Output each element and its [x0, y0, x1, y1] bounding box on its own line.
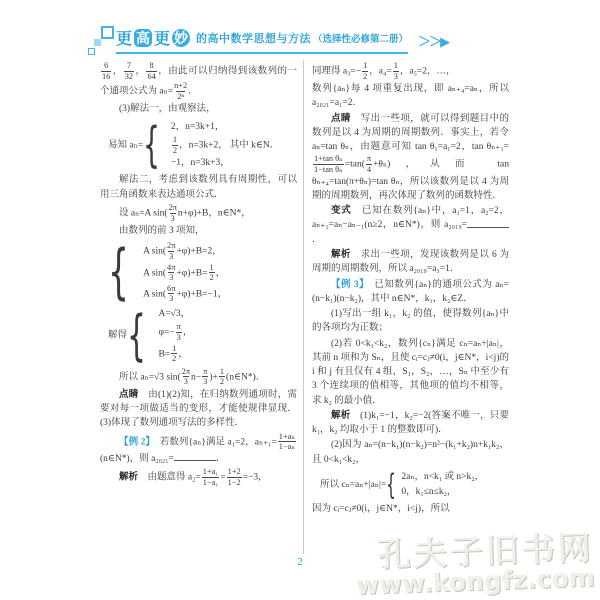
left-brace-icon: {	[143, 122, 160, 168]
paragraph: (2)若 0<k₁<k₂，数列{cₙ}满足 cₙ=aₙ+|aₙ|，其前 n 项和…	[312, 337, 509, 408]
text-run: 2，n=3k+1，	[171, 122, 224, 132]
fraction: 732	[124, 61, 134, 81]
bold-label: 解析	[331, 250, 351, 260]
text-run: 解得	[108, 331, 127, 341]
paragraph: 同理得 a₃=−12，a₄=13，a₅=2，…，	[312, 61, 509, 81]
fraction: 2π3	[169, 203, 177, 223]
fraction: n+22ⁿ	[174, 81, 187, 101]
text-run: )+	[209, 372, 218, 382]
book-subtitle: 的高中数学思想与方法	[196, 30, 311, 46]
puzzle-square-icon	[88, 48, 95, 55]
fraction: 2π3	[182, 367, 190, 387]
left-brace-icon: {	[386, 471, 396, 498]
paragraph: 解析 (1)k₁=−1，k₂=−2(答案不唯一，只要 k₁，k₂ 均取小于 1 …	[312, 409, 509, 438]
fraction: π3	[202, 367, 208, 387]
book-volume: （选择性必修第二册）	[313, 31, 408, 45]
case-row: 0，k₁≤n≤k₂，	[401, 485, 484, 499]
paragraph: 所以 aₙ=√3 sin(2π3n−π3)+12(n∈N*)．	[100, 367, 297, 387]
text-run: n+φ)+B，n∈N*，	[178, 208, 251, 218]
example-label: 【例 2】	[119, 437, 150, 447]
case-row: A sin(6π3+φ)+B=−1，	[143, 284, 227, 304]
left-brace-icon: {	[127, 310, 146, 361]
text-run: (2)若 0<k₁<k₂，数列{cₙ}满足 cₙ=aₙ+|aₙ|，其前 n 项和…	[312, 339, 509, 406]
text-run: (2)因为 aₙ=(n−k₁)(n−k₂)=n²−(k₁+k₂)n+k₁k₂，且…	[312, 440, 509, 464]
fraction: 12	[209, 263, 215, 283]
fraction: π3	[176, 322, 182, 342]
case-row: A=√3，	[158, 307, 192, 321]
fraction: 1+a₁1−a₁	[202, 467, 220, 487]
text-run: =−3，	[243, 473, 268, 483]
text-run: ，	[135, 66, 145, 76]
brace-cases: {A=√3，φ=−π3，B=12，	[127, 307, 192, 364]
fraction: 1+aₙ1−aₙ	[278, 432, 296, 452]
fraction: 616	[101, 61, 111, 81]
paragraph: (3)解法一，由观察法，	[100, 102, 297, 116]
logo-char-2-box: 高	[134, 29, 152, 47]
brace-cases: {2aₙ，n<k₁ 或 n>k₂，0，k₁≤n≤k₂，	[386, 470, 484, 500]
text-run: =tan(	[345, 160, 365, 170]
triangle-arrow-icon: ▶	[440, 34, 450, 49]
text-run: ，a₅=2，…，	[400, 66, 456, 76]
paragraph: 616，732，864，由此可以归纳得到该数列的一个通项公式为 aₙ=n+22ⁿ…	[100, 61, 297, 101]
fraction: 1+tan θₙ1−tan θₙ	[313, 154, 344, 174]
header-arrows-icon: ＞＞▶	[418, 31, 450, 54]
paragraph: (1)写出一组 k₁，k₂ 的值，使得数列{aₙ}中的各项均为正数；	[312, 307, 509, 336]
brace-cases: {2，n=3k+1，12，n=3k+2，−1，n=3k+3，	[143, 120, 230, 171]
fraction: 12	[362, 61, 368, 81]
logo-char-1: 更	[116, 26, 132, 49]
text-run: 数列{aₙ}每 4 项重复出现，即 aₙ₊₄=aₙ，所以 a₂₀₂₁=a₁=2．	[312, 84, 509, 108]
text-run: n−	[191, 372, 201, 382]
paragraph: 因为 cᵢ=cⱼ≠0(i，j∈N*，i<j)，所以	[312, 502, 509, 516]
logo-char-3: 更	[154, 26, 170, 49]
chevron-icon: ＞	[429, 34, 440, 49]
fraction: 12	[172, 135, 178, 155]
puzzle-square-icon	[94, 39, 101, 46]
page-header: 更 高 更 妙 的高中数学思想与方法 （选择性必修第二册） ＞＞▶	[90, 20, 510, 54]
fraction: 1+21−2	[227, 467, 242, 487]
text-run: φ=−	[158, 328, 174, 338]
case-row: 2，n=3k+1，	[171, 120, 230, 134]
text-run: +φ)+B=	[176, 268, 207, 278]
text-run: 因为 cᵢ=cⱼ≠0(i，j∈N*，i<j)，所以	[312, 504, 450, 514]
paragraph: 点睛 写出一些项，就可以得到题目中的数列是以 4 为周期的周期数列．事实上，若令…	[312, 112, 509, 203]
fraction: 4π3	[167, 263, 175, 283]
example-label: 【例 3】	[331, 280, 364, 290]
fraction: 13	[393, 61, 399, 81]
text-run: 其中 k∈N．	[230, 140, 280, 150]
page-number: 2	[0, 556, 600, 568]
left-text-column: 616，732，864，由此可以归纳得到该数列的一个通项公式为 aₙ=n+22ⁿ…	[100, 60, 297, 488]
text-run: −1，n=3k+3，	[171, 158, 230, 168]
text-run: 0，k₁≤n≤k₂，	[401, 487, 456, 497]
case-row: A sin(4π3+φ)+B=12，	[143, 263, 227, 283]
fraction: 2π3	[167, 241, 175, 261]
text-run: ．	[188, 87, 198, 97]
paragraph: 所以 cₙ=aₙ+|aₙ|={2aₙ，n<k₁ 或 n>k₂，0，k₁≤n≤k₂…	[320, 470, 509, 500]
answer-blank	[174, 452, 216, 461]
brace-cases: {A sin(2π3+φ)+B=2，A sin(4π3+φ)+B=12，A si…	[108, 241, 227, 304]
text-run: 同理得 a₃=−	[312, 66, 361, 76]
text-run: A sin(	[143, 289, 166, 299]
bold-label: 变式	[331, 206, 352, 216]
paragraph: 变式 已知在数列{aₙ}中，a₁=1，a₂=2，aₙ₊₁=aₙ−aₙ₋₁(n≥2…	[312, 204, 509, 247]
text-run: ．	[312, 235, 322, 245]
text-run: A sin(	[143, 268, 166, 278]
left-brace-icon: {	[108, 244, 129, 301]
paragraph: 解析 求出一些项，发现该数列是以 6 为周期的周期数列，所以 a₂₀₁₉=a₃=…	[312, 248, 509, 277]
bold-label: 点睛	[119, 390, 138, 400]
text-run: ，a₄=	[369, 66, 391, 76]
fraction: π4	[366, 154, 372, 174]
case-row: B=12，	[158, 344, 192, 364]
paragraph: (2)因为 aₙ=(n−k₁)(n−k₂)=n²−(k₁+k₂)n+k₁k₂，且…	[312, 438, 509, 467]
paragraph: 由数列的前 3 项知，	[100, 224, 297, 238]
paragraph: {A sin(2π3+φ)+B=2，A sin(4π3+φ)+B=12，A si…	[108, 241, 297, 304]
text-run: ，	[216, 268, 226, 278]
text-run: +φ)+B=2，	[176, 247, 221, 257]
text-run: (n∈N*)．	[226, 372, 265, 382]
puzzle-square-icon	[101, 26, 114, 39]
text-run: (1)写出一组 k₁，k₂ 的值，使得数列{aₙ}中的各项均为正数；	[312, 309, 509, 333]
text-run: 解法二，考虑到该数列具有周期性，可以用三角函数来表达通项公式．	[100, 175, 297, 199]
bold-label: 点睛	[331, 114, 351, 124]
text-run: ，	[183, 328, 193, 338]
text-run: 设 aₙ=A sin(	[119, 208, 168, 218]
text-run: ，	[112, 66, 122, 76]
case-row: φ=−π3，	[158, 322, 192, 342]
column-divider	[303, 60, 304, 554]
text-run: ，n=3k+2，	[179, 140, 228, 150]
case-row: 12，n=3k+2，	[171, 135, 230, 155]
bold-label: 解析	[119, 473, 138, 483]
watermark-url: www.kongfz.com	[355, 563, 595, 600]
case-row: A sin(2π3+φ)+B=2，	[143, 241, 227, 261]
right-text-column: 同理得 a₃=−12，a₄=13，a₅=2，…，数列{aₙ}每 4 项重复出现，…	[312, 60, 509, 518]
text-run: ，	[178, 349, 188, 359]
text-run: =	[220, 473, 225, 483]
text-run: (n∈N*)，则 a₂₀₂₁=	[100, 454, 174, 464]
bold-label: 解析	[331, 411, 350, 421]
text-run: 所以 aₙ=√3 sin(	[119, 372, 181, 382]
logo-puzzle-icon	[90, 24, 116, 54]
paragraph: 解法二，考虑到该数列具有周期性，可以用三角函数来表达通项公式．	[100, 173, 297, 202]
text-run: +φ)+B=−1，	[176, 289, 227, 299]
paragraph: 点睛 由(1)(2)知，在归纳数列通项时，需要对每一项做适当的变形，才能使规律显…	[100, 388, 297, 431]
fraction: 12	[171, 344, 177, 364]
text-run: A=√3，	[158, 309, 190, 319]
paragraph: 【例 2】 若数列{aₙ}满足 a₁=2，aₙ₊₁=1+aₙ1−aₙ(n∈N*)…	[100, 432, 297, 467]
paragraph: 解析 由题意得 a₂=1+a₁1−a₁=1+21−2=−3，	[100, 467, 297, 487]
watermark-site-name: 孔夫子旧书网	[354, 522, 594, 577]
text-run: 由题意得 a₂=	[138, 473, 201, 483]
text-run: B=	[158, 349, 170, 359]
text-run: A sin(	[143, 247, 166, 257]
text-run: (3)解法一，由观察法，	[119, 104, 216, 114]
header-title-group: 更 高 更 妙 的高中数学思想与方法 （选择性必修第二册）	[116, 26, 408, 54]
chevron-icon: ＞	[418, 34, 429, 49]
text-run: 易知 aₙ=	[108, 140, 143, 150]
paragraph: 【例 3】 已知数列{aₙ}的通项公式为 aₙ=(n−k₁)(n−k₂)，其中 …	[312, 278, 509, 307]
paragraph: 设 aₙ=A sin(2π3n+φ)+B，n∈N*，	[100, 203, 297, 223]
answer-blank	[467, 218, 509, 227]
case-row: −1，n=3k+3，	[171, 156, 230, 170]
text-run: ．	[216, 454, 226, 464]
text-run: 2aₙ，n<k₁ 或 n>k₂，	[401, 472, 484, 482]
text-run: 由数列的前 3 项知，	[119, 226, 205, 236]
text-run: 所以 cₙ=aₙ+|aₙ|=	[320, 480, 386, 490]
text-run: 若数列{aₙ}满足 a₁=2，aₙ₊₁=	[150, 437, 277, 447]
paragraph: 解得{A=√3，φ=−π3，B=12，	[108, 307, 297, 364]
case-row: 2aₙ，n<k₁ 或 n>k₂，	[401, 470, 484, 484]
fraction: 12	[219, 367, 225, 387]
fraction: 864	[146, 61, 156, 81]
logo-char-4-box: 妙	[172, 29, 190, 47]
paragraph: 数列{aₙ}每 4 项重复出现，即 aₙ₊₄=aₙ，所以 a₂₀₂₁=a₁=2．	[312, 82, 509, 111]
fraction: 6π3	[167, 284, 175, 304]
book-page: 更 高 更 妙 的高中数学思想与方法 （选择性必修第二册） ＞＞▶ 616，73…	[0, 0, 600, 600]
paragraph: 易知 aₙ={2，n=3k+1，12，n=3k+2，−1，n=3k+3，其中 k…	[108, 120, 297, 171]
